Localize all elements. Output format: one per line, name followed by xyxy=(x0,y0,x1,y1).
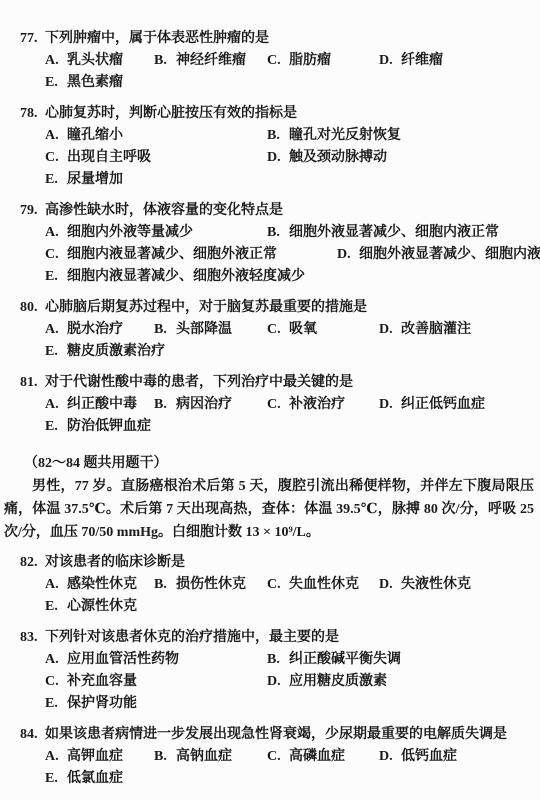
option-D: D.应用糖皮质激素 xyxy=(267,671,387,693)
question-80: 80.心肺脑后期复苏过程中，对于脑复苏最重要的措施是 A.脱水治疗 B.头部降温… xyxy=(0,297,540,363)
option-label: C. xyxy=(267,574,289,596)
option-label: C. xyxy=(267,746,289,768)
question-79: 79.高渗性缺水时，体液容量的变化特点是 A.细胞内外液等量减少 B.细胞外液显… xyxy=(0,200,540,288)
option-label: E. xyxy=(45,72,67,94)
question-stem: 82.对该患者的临床诊断是 xyxy=(0,552,540,574)
option-B: B.细胞外液显著减少、细胞内液正常 xyxy=(267,222,499,244)
options-row: A.感染性休克 B.损伤性休克 C.失血性休克 D.失液性休克 xyxy=(0,574,540,596)
option-text: 神经纤维瘤 xyxy=(176,53,246,68)
options-row: E.糖皮质激素治疗 xyxy=(0,341,540,363)
option-text: 脱水治疗 xyxy=(67,322,123,337)
shared-stem-block: （82～84 题共用题干） 男性，77 岁。直肠癌根治术后第 5 天，腹腔引流出… xyxy=(0,452,540,544)
option-label: B. xyxy=(154,746,176,768)
option-C: C.吸氧 xyxy=(267,319,317,341)
option-E: E.细胞内液显著减少、细胞外液轻度减少 xyxy=(45,266,305,288)
options-row: C.补充血容量 D.应用糖皮质激素 xyxy=(0,671,540,693)
option-E: E.心源性休克 xyxy=(45,596,137,618)
option-label: C. xyxy=(45,147,67,169)
option-text: 高钾血症 xyxy=(67,749,123,764)
question-stem: 81.对于代谢性酸中毒的患者，下列治疗中最关键的是 xyxy=(0,372,540,394)
option-label: D. xyxy=(379,746,401,768)
option-text: 触及颈动脉搏动 xyxy=(289,150,387,165)
question-81: 81.对于代谢性酸中毒的患者，下列治疗中最关键的是 A.纠正酸中毒 B.病因治疗… xyxy=(0,372,540,438)
option-text: 细胞内液显著减少、细胞外液轻度减少 xyxy=(67,269,305,284)
option-A: A.感染性休克 xyxy=(45,574,137,596)
question-stem-text: 对该患者的临床诊断是 xyxy=(45,555,185,570)
option-C: C.细胞内液显著减少、细胞外液正常 xyxy=(45,244,277,266)
option-label: E. xyxy=(45,693,67,715)
option-E: E.防治低钾血症 xyxy=(45,416,151,438)
option-text: 损伤性休克 xyxy=(176,577,246,592)
option-label: A. xyxy=(45,649,67,671)
exam-content: 77.下列肿瘤中，属于体表恶性肿瘤的是 A.乳头状瘤 B.神经纤维瘤 C.脂肪瘤… xyxy=(0,0,540,790)
question-stem-text: 下列肿瘤中，属于体表恶性肿瘤的是 xyxy=(45,31,269,46)
option-B: B.神经纤维瘤 xyxy=(154,50,246,72)
shared-stem-header: （82～84 题共用题干） xyxy=(0,452,540,475)
option-C: C.补液治疗 xyxy=(267,394,345,416)
option-text: 瞳孔缩小 xyxy=(67,128,123,143)
options-row: A.细胞内外液等量减少 B.细胞外液显著减少、细胞内液正常 xyxy=(0,222,540,244)
option-text: 保护肾功能 xyxy=(67,696,137,711)
option-label: A. xyxy=(45,394,67,416)
question-number: 78. xyxy=(20,103,45,125)
option-label: E. xyxy=(45,169,67,191)
options-row: C.出现自主呼吸 D.触及颈动脉搏动 xyxy=(0,147,540,169)
option-E: E.尿量增加 xyxy=(45,169,123,191)
question-84: 84.如果该患者病情进一步发展出现急性肾衰竭，少尿期最重要的电解质失调是 A.高… xyxy=(0,724,540,790)
question-number: 83. xyxy=(20,627,45,649)
option-D: D.细胞外液显著减少、细胞内液轻度减少 xyxy=(337,244,540,266)
question-stem: 83.下列针对该患者休克的治疗措施中，最主要的是 xyxy=(0,627,540,649)
option-label: A. xyxy=(45,746,67,768)
options-row: A.脱水治疗 B.头部降温 C.吸氧 D.改善脑灌注 xyxy=(0,319,540,341)
option-label: C. xyxy=(267,394,289,416)
option-text: 纠正低钙血症 xyxy=(401,397,485,412)
option-text: 脂肪瘤 xyxy=(289,53,331,68)
option-text: 补液治疗 xyxy=(289,397,345,412)
option-text: 尿量增加 xyxy=(67,172,123,187)
option-A: A.应用血管活性药物 xyxy=(45,649,179,671)
option-text: 细胞内液显著减少、细胞外液正常 xyxy=(67,247,277,262)
shared-stem-paragraph: 男性，77 岁。直肠癌根治术后第 5 天，腹腔引流出稀便样物，并伴左下腹局限压痛… xyxy=(0,475,540,544)
option-label: A. xyxy=(45,125,67,147)
option-label: C. xyxy=(267,50,289,72)
question-82: 82.对该患者的临床诊断是 A.感染性休克 B.损伤性休克 C.失血性休克 D.… xyxy=(0,552,540,618)
option-text: 纤维瘤 xyxy=(401,53,443,68)
option-D: D.改善脑灌注 xyxy=(379,319,471,341)
option-B: B.损伤性休克 xyxy=(154,574,246,596)
question-stem-text: 下列针对该患者休克的治疗措施中，最主要的是 xyxy=(45,630,339,645)
option-label: D. xyxy=(267,671,289,693)
option-text: 高磷血症 xyxy=(289,749,345,764)
option-label: A. xyxy=(45,319,67,341)
option-text: 应用糖皮质激素 xyxy=(289,674,387,689)
option-text: 病因治疗 xyxy=(176,397,232,412)
question-number: 82. xyxy=(20,552,45,574)
option-label: C. xyxy=(267,319,289,341)
question-stem: 80.心肺脑后期复苏过程中，对于脑复苏最重要的措施是 xyxy=(0,297,540,319)
option-label: B. xyxy=(267,649,289,671)
question-stem-text: 心肺复苏时，判断心脏按压有效的指标是 xyxy=(45,106,297,121)
option-label: D. xyxy=(379,394,401,416)
option-label: D. xyxy=(379,50,401,72)
option-label: E. xyxy=(45,596,67,618)
option-label: B. xyxy=(267,125,289,147)
option-text: 应用血管活性药物 xyxy=(67,652,179,667)
option-label: C. xyxy=(45,244,67,266)
option-A: A.高钾血症 xyxy=(45,746,123,768)
question-number: 84. xyxy=(20,724,45,746)
options-row: E.黑色素瘤 xyxy=(0,72,540,94)
option-text: 头部降温 xyxy=(176,322,232,337)
option-E: E.糖皮质激素治疗 xyxy=(45,341,165,363)
option-label: B. xyxy=(154,319,176,341)
option-text: 纠正酸中毒 xyxy=(67,397,137,412)
option-D: D.纠正低钙血症 xyxy=(379,394,485,416)
option-text: 失液性休克 xyxy=(401,577,471,592)
question-number: 79. xyxy=(20,200,45,222)
option-B: B.纠正酸碱平衡失调 xyxy=(267,649,401,671)
options-row: A.乳头状瘤 B.神经纤维瘤 C.脂肪瘤 D.纤维瘤 xyxy=(0,50,540,72)
option-C: C.失血性休克 xyxy=(267,574,359,596)
option-A: A.乳头状瘤 xyxy=(45,50,123,72)
option-A: A.纠正酸中毒 xyxy=(45,394,137,416)
option-C: C.脂肪瘤 xyxy=(267,50,331,72)
option-text: 出现自主呼吸 xyxy=(67,150,151,165)
option-text: 低钙血症 xyxy=(401,749,457,764)
options-row: A.纠正酸中毒 B.病因治疗 C.补液治疗 D.纠正低钙血症 xyxy=(0,394,540,416)
options-row: A.应用血管活性药物 B.纠正酸碱平衡失调 xyxy=(0,649,540,671)
option-label: B. xyxy=(154,394,176,416)
question-stem: 77.下列肿瘤中，属于体表恶性肿瘤的是 xyxy=(0,28,540,50)
option-text: 高钠血症 xyxy=(176,749,232,764)
option-text: 补充血容量 xyxy=(67,674,137,689)
option-label: A. xyxy=(45,222,67,244)
option-text: 感染性休克 xyxy=(67,577,137,592)
option-label: E. xyxy=(45,768,67,790)
option-B: B.病因治疗 xyxy=(154,394,232,416)
options-row: C.细胞内液显著减少、细胞外液正常 D.细胞外液显著减少、细胞内液轻度减少 xyxy=(0,244,540,266)
option-E: E.黑色素瘤 xyxy=(45,72,123,94)
option-text: 防治低钾血症 xyxy=(67,419,151,434)
option-label: A. xyxy=(45,574,67,596)
option-C: C.出现自主呼吸 xyxy=(45,147,151,169)
option-text: 细胞内外液等量减少 xyxy=(67,225,193,240)
exam-page: 77.下列肿瘤中，属于体表恶性肿瘤的是 A.乳头状瘤 B.神经纤维瘤 C.脂肪瘤… xyxy=(0,0,540,800)
options-row: E.防治低钾血症 xyxy=(0,416,540,438)
option-text: 黑色素瘤 xyxy=(67,75,123,90)
option-label: B. xyxy=(154,574,176,596)
option-text: 吸氧 xyxy=(289,322,317,337)
option-C: C.补充血容量 xyxy=(45,671,137,693)
option-B: B.高钠血症 xyxy=(154,746,232,768)
question-stem: 79.高渗性缺水时，体液容量的变化特点是 xyxy=(0,200,540,222)
options-row: E.细胞内液显著减少、细胞外液轻度减少 xyxy=(0,266,540,288)
question-number: 81. xyxy=(20,372,45,394)
option-E: E.低氯血症 xyxy=(45,768,123,790)
option-text: 细胞外液显著减少、细胞内液正常 xyxy=(289,225,499,240)
option-A: A.脱水治疗 xyxy=(45,319,123,341)
option-text: 失血性休克 xyxy=(289,577,359,592)
option-label: B. xyxy=(267,222,289,244)
question-stem: 78.心肺复苏时，判断心脏按压有效的指标是 xyxy=(0,103,540,125)
option-B: B.瞳孔对光反射恢复 xyxy=(267,125,401,147)
question-stem-text: 如果该患者病情进一步发展出现急性肾衰竭，少尿期最重要的电解质失调是 xyxy=(45,727,507,742)
option-label: D. xyxy=(379,319,401,341)
option-text: 乳头状瘤 xyxy=(67,53,123,68)
question-number: 77. xyxy=(20,28,45,50)
options-row: A.高钾血症 B.高钠血症 C.高磷血症 D.低钙血症 xyxy=(0,746,540,768)
options-row: E.尿量增加 xyxy=(0,169,540,191)
option-text: 心源性休克 xyxy=(67,599,137,614)
question-stem-text: 心肺脑后期复苏过程中，对于脑复苏最重要的措施是 xyxy=(45,300,367,315)
option-A: A.瞳孔缩小 xyxy=(45,125,123,147)
option-label: D. xyxy=(267,147,289,169)
option-label: B. xyxy=(154,50,176,72)
question-number: 80. xyxy=(20,297,45,319)
option-text: 瞳孔对光反射恢复 xyxy=(289,128,401,143)
option-text: 纠正酸碱平衡失调 xyxy=(289,652,401,667)
question-stem-text: 对于代谢性酸中毒的患者，下列治疗中最关键的是 xyxy=(45,375,353,390)
option-label: E. xyxy=(45,266,67,288)
question-78: 78.心肺复苏时，判断心脏按压有效的指标是 A.瞳孔缩小 B.瞳孔对光反射恢复 … xyxy=(0,103,540,191)
question-83: 83.下列针对该患者休克的治疗措施中，最主要的是 A.应用血管活性药物 B.纠正… xyxy=(0,627,540,715)
option-text: 低氯血症 xyxy=(67,771,123,786)
options-row: A.瞳孔缩小 B.瞳孔对光反射恢复 xyxy=(0,125,540,147)
option-A: A.细胞内外液等量减少 xyxy=(45,222,193,244)
option-label: E. xyxy=(45,341,67,363)
option-label: D. xyxy=(379,574,401,596)
option-D: D.失液性休克 xyxy=(379,574,471,596)
options-row: E.低氯血症 xyxy=(0,768,540,790)
question-77: 77.下列肿瘤中，属于体表恶性肿瘤的是 A.乳头状瘤 B.神经纤维瘤 C.脂肪瘤… xyxy=(0,28,540,94)
question-stem-text: 高渗性缺水时，体液容量的变化特点是 xyxy=(45,203,283,218)
option-text: 改善脑灌注 xyxy=(401,322,471,337)
options-row: E.保护肾功能 xyxy=(0,693,540,715)
option-label: A. xyxy=(45,50,67,72)
option-C: C.高磷血症 xyxy=(267,746,345,768)
options-row: E.心源性休克 xyxy=(0,596,540,618)
option-E: E.保护肾功能 xyxy=(45,693,137,715)
option-B: B.头部降温 xyxy=(154,319,232,341)
option-label: D. xyxy=(337,244,359,266)
option-label: E. xyxy=(45,416,67,438)
option-text: 糖皮质激素治疗 xyxy=(67,344,165,359)
option-text: 细胞外液显著减少、细胞内液轻度减少 xyxy=(359,247,540,262)
option-D: D.低钙血症 xyxy=(379,746,457,768)
option-D: D.触及颈动脉搏动 xyxy=(267,147,387,169)
question-stem: 84.如果该患者病情进一步发展出现急性肾衰竭，少尿期最重要的电解质失调是 xyxy=(0,724,540,746)
option-D: D.纤维瘤 xyxy=(379,50,443,72)
option-label: C. xyxy=(45,671,67,693)
